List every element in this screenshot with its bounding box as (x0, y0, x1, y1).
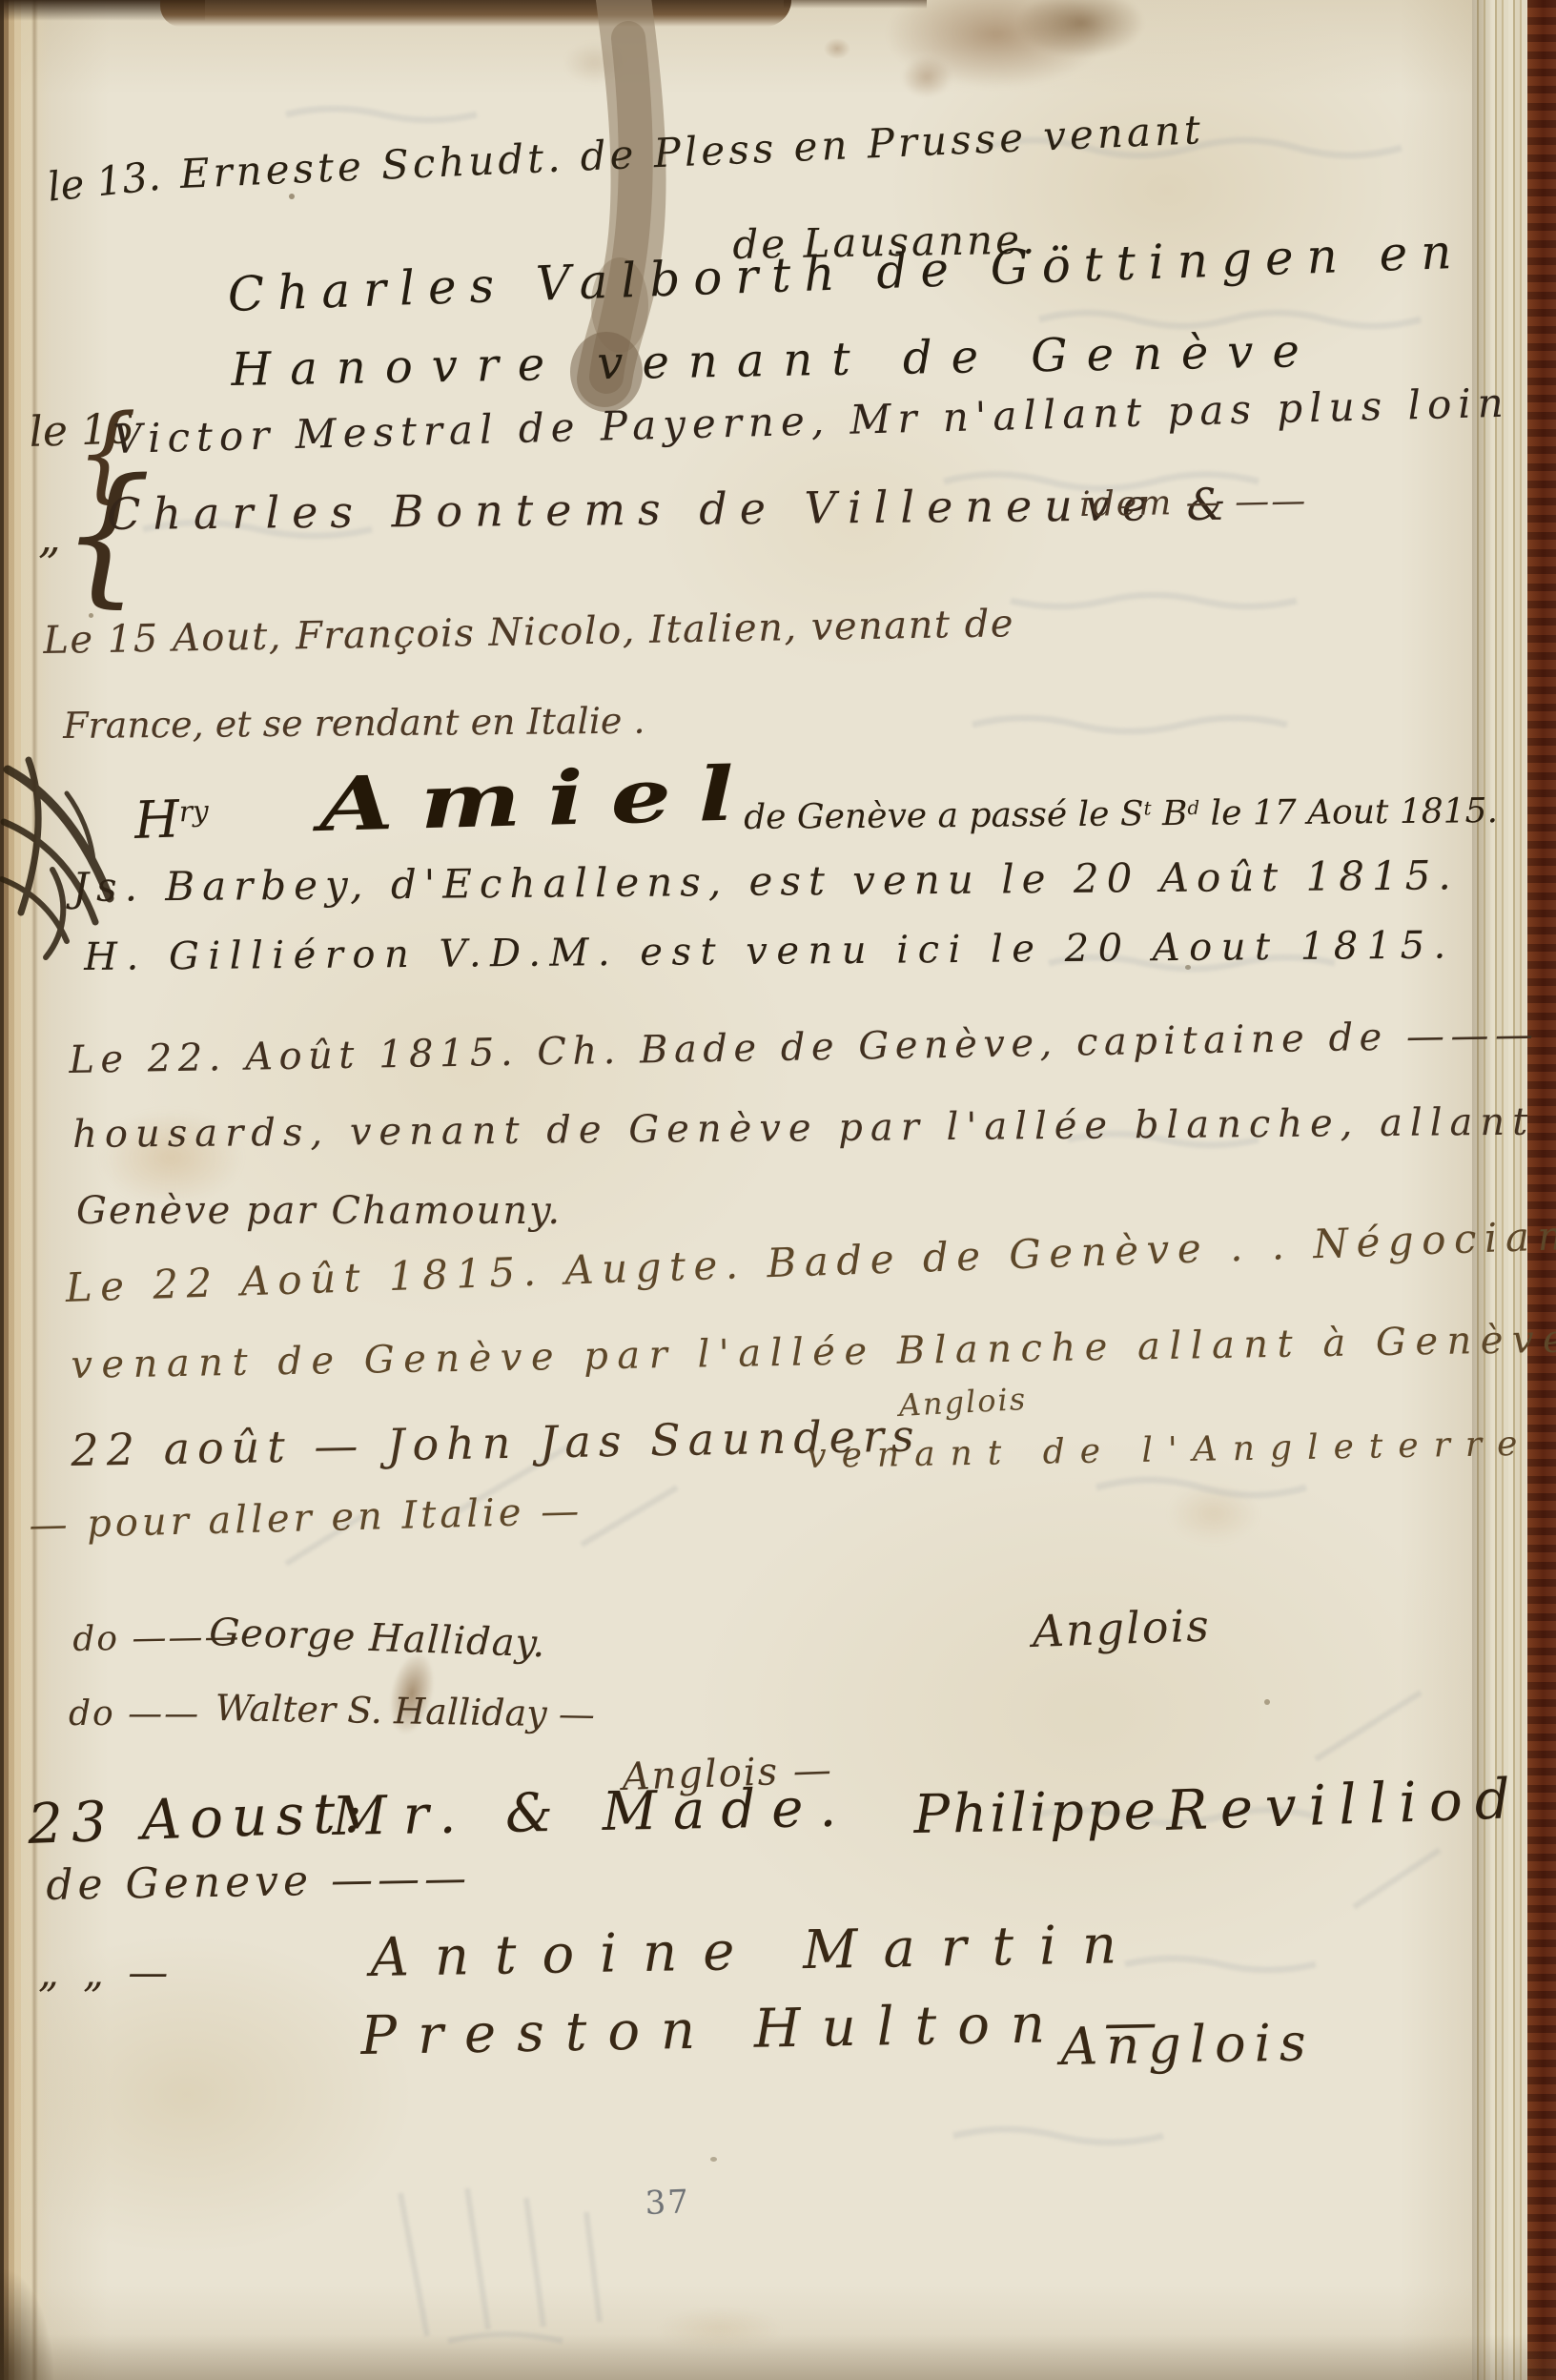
page-number-pencil: 37 (645, 2185, 690, 2220)
amiel-rest-c: le 17 Aout 1815. (1199, 791, 1498, 833)
entry-amiel-prefix: Hry (133, 792, 210, 847)
left-binding-edge (0, 0, 50, 2380)
bottom-edge-shadow (0, 2334, 1556, 2380)
amiel-prefix-h: H (133, 789, 180, 851)
entry-bade-cap-line3: Genève par Chamouny. (76, 1192, 562, 1230)
entry-gillieron-line1: H. Gilliéron V.D.M. est venu ici le 20 A… (84, 926, 1455, 976)
amiel-rest-b: B (1151, 794, 1187, 833)
amiel-prefix-sup: ry (178, 794, 209, 829)
amiel-rest-a: de Genève a passé le S (744, 794, 1144, 837)
entry-amiel-rest: de Genève a passé le St Bd le 17 Aout 18… (744, 794, 1498, 835)
entry-saunders-line1: 22 août — John Jas Saunders (71, 1413, 922, 1472)
entry-aug13-date: le 13. (46, 156, 162, 208)
entry-revilliod-titles: Mr. & Made. (332, 1781, 853, 1844)
entry-bontems-line1: Charles Bontems de Villeneuve & (107, 482, 1239, 536)
entry-bontems-idem: idem — —— (1079, 484, 1307, 523)
top-cover-edge-thin (784, 0, 927, 9)
entry-barbey-line1: Js. Barbey, d'Echallens, est venu le 20 … (72, 855, 1459, 908)
amiel-sup-d: d (1187, 797, 1199, 819)
entry-bontems-ditto: „ (38, 515, 61, 559)
entry-whalliday-name: Walter S. Halliday — (215, 1690, 595, 1733)
entry-martin-ditto: „ „ — (38, 1953, 174, 1993)
right-page-stack (1472, 0, 1531, 2380)
entry-ghalliday-name: George Halliday. (209, 1613, 547, 1663)
entry-nicolo-line2: France, et se rendant en Italie . (63, 703, 645, 744)
entry-amiel-name: Amiel (318, 757, 762, 843)
top-cover-edge (160, 0, 791, 27)
entry-hulton-nation: Anglois (1060, 2017, 1315, 2073)
right-leather-cover (1527, 0, 1556, 2380)
manuscript-photo: le 13. Erneste Schudt. de Pless en Pruss… (0, 0, 1556, 2380)
entry-martin-name: Antoine Martin (370, 1918, 1142, 1985)
entry-revilliod-first: Philippe (913, 1785, 1158, 1842)
entry-ghalliday-nation: Anglois (1032, 1603, 1212, 1652)
entry-whalliday-ditto: do —— (69, 1697, 200, 1732)
entry-revilliod-date: 23 Aoust: (27, 1784, 372, 1852)
entry-revilliod-last: Revilliod (1165, 1771, 1524, 1838)
entry-revilliod-line2: de Geneve ——— (46, 1857, 471, 1907)
amiel-sup-t: t (1143, 797, 1151, 819)
entry-hulton-name: Preston Hulton — (360, 1996, 1178, 2063)
